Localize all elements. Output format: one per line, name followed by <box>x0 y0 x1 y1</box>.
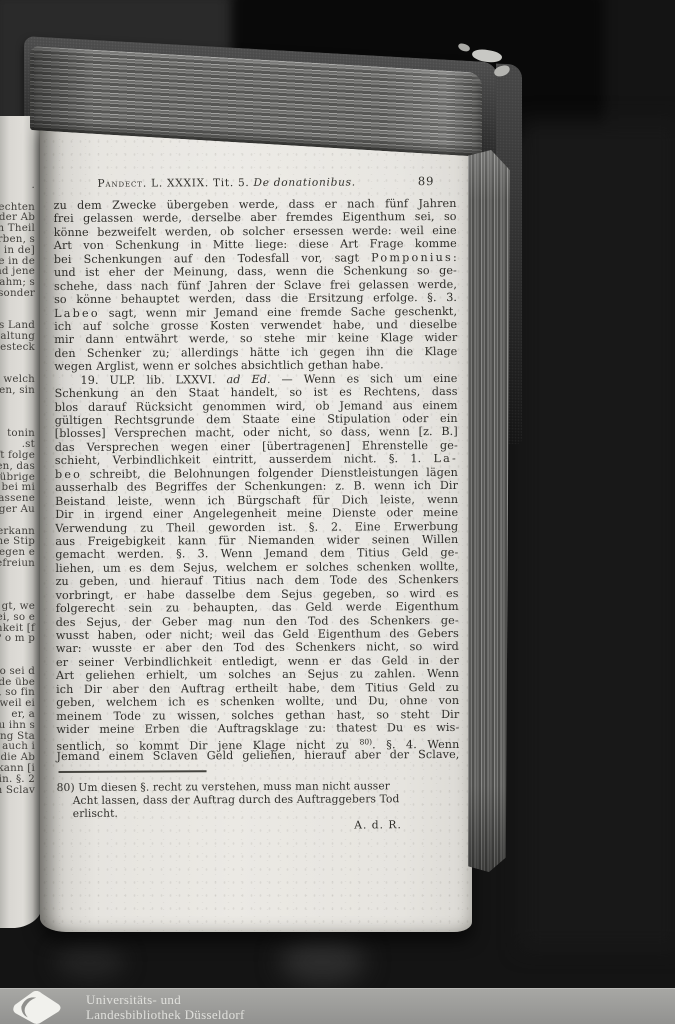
text-line <box>0 644 35 655</box>
body-text: zu dem Zwecke übergeben werde, dass er n… <box>54 197 460 763</box>
library-name: Universitäts- und Landesbibliothek Düsse… <box>86 992 245 1022</box>
left-page-text-fragments: . Rechtenn der Abnen Theilwerben, s[in d… <box>0 116 42 795</box>
text-line <box>0 579 35 590</box>
text-line: rin Sclav <box>0 785 35 796</box>
text-line: rden, sin <box>0 385 35 396</box>
text-line <box>0 569 35 580</box>
text-line: in. §. 2 <box>0 774 35 785</box>
text-line: ingesteck <box>0 342 35 353</box>
footnote-rule <box>59 771 207 774</box>
left-page-strip: . Rechtenn der Abnen Theilwerben, s[in d… <box>0 116 42 928</box>
text-line: en, das <box>0 461 35 472</box>
text-line: wider meine Erben die Auftragsklage zu: … <box>56 721 459 737</box>
book-scan-photo: . Rechtenn der Abnen Theilwerben, s[in d… <box>0 0 675 1024</box>
text-line: liger Au <box>0 504 35 515</box>
page-number: 89 <box>418 174 435 188</box>
text-line: P o m p <box>0 633 35 644</box>
text-line: Jemand einem Sclaven Geld geliehen, hier… <box>56 748 459 764</box>
text-line: [in de <box>0 245 35 256</box>
text-line <box>0 396 35 407</box>
right-fore-edge-pages <box>468 150 510 872</box>
library-logo-icon <box>8 991 66 1024</box>
library-name-line2: Landesbibliothek Düsseldorf <box>86 1007 245 1022</box>
library-name-line1: Universitäts- und <box>86 992 245 1007</box>
text-line: Befreiun <box>0 558 35 569</box>
text-line <box>0 353 35 364</box>
library-watermark-bar: Universitäts- und Landesbibliothek Düsse… <box>0 988 675 1024</box>
text-line <box>0 515 35 526</box>
text-line <box>0 191 35 202</box>
text-line: Pandect. L. XXXIX. Tit. 5. De donationib… <box>97 176 355 189</box>
text-line <box>0 299 35 310</box>
footnote-text: 80) Um diesen §. recht zu verstehen, mus… <box>57 780 460 820</box>
background-shadow <box>280 938 365 984</box>
text-line: den Schenker zu; allerdings hätte ich ge… <box>54 345 457 361</box>
text-line: so könne behauptet werden, dass die Ersi… <box>54 291 457 307</box>
text-line: Acht lassen, dass der Auftrag durch des … <box>57 793 460 808</box>
background-shadow <box>55 945 125 979</box>
background-shadow <box>520 120 675 950</box>
running-title: Pandect. L. XXXIX. Tit. 5. De donationib… <box>97 176 355 189</box>
text-line: Dir in irgend einer Angelegenheit meine … <box>55 506 458 522</box>
text-line: . <box>0 180 35 191</box>
text-line <box>0 407 35 418</box>
page-content: Pandect. L. XXXIX. Tit. 5. De donationib… <box>38 121 474 833</box>
page-header: Pandect. L. XXXIX. Tit. 5. De donationib… <box>53 174 456 190</box>
book-page: Pandect. L. XXXIX. Tit. 5. De donationib… <box>40 122 472 932</box>
text-line: sonder <box>0 288 35 299</box>
footnote-signature: A. d. R. <box>57 818 460 833</box>
